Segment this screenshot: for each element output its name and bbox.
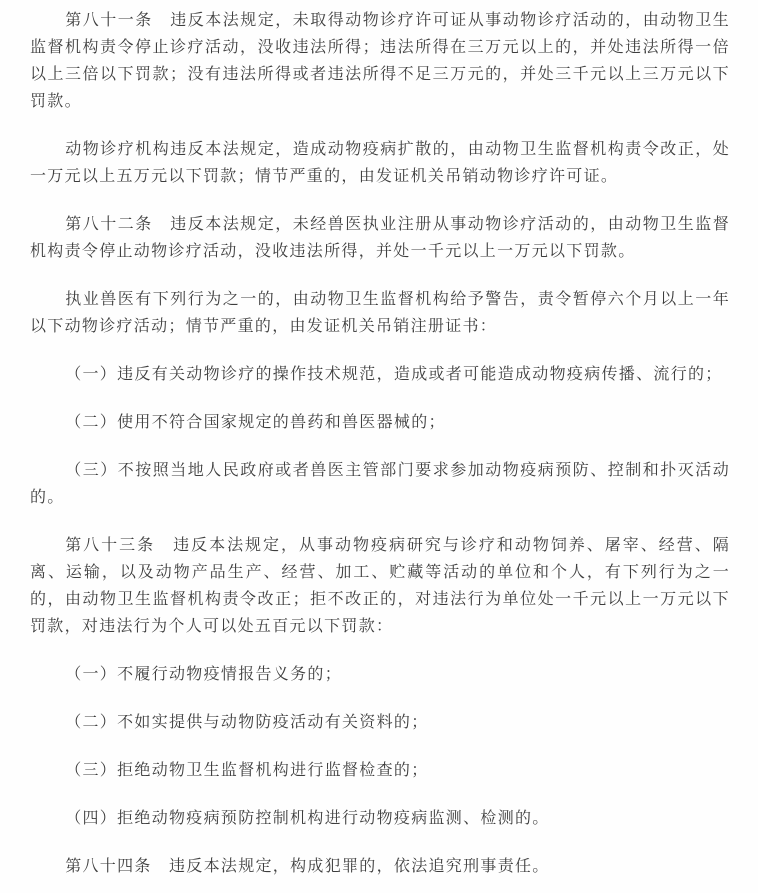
paragraph-article-84: 第八十四条 违反本法规定，构成犯罪的，依法追究刑事责任。 xyxy=(30,852,730,879)
paragraph-article-82-item-3: （三）不按照当地人民政府或者兽医主管部门要求参加动物疫病预防、控制和扑灭活动的。 xyxy=(30,456,730,510)
paragraph-article-82-item-1: （一）违反有关动物诊疗的操作技术规范，造成或者可能造成动物疫病传播、流行的； xyxy=(30,360,730,387)
paragraph-article-83: 第八十三条 违反本法规定，从事动物疫病研究与诊疗和动物饲养、屠宰、经营、隔离、运… xyxy=(30,531,730,639)
paragraph-article-83-item-2: （二）不如实提供与动物防疫活动有关资料的； xyxy=(30,708,730,735)
paragraph-article-81-clause-2: 动物诊疗机构违反本法规定，造成动物疫病扩散的，由动物卫生监督机构责令改正，处一万… xyxy=(30,135,730,189)
paragraph-article-82: 第八十二条 违反本法规定，未经兽医执业注册从事动物诊疗活动的，由动物卫生监督机构… xyxy=(30,210,730,264)
paragraph-article-83-item-3: （三）拒绝动物卫生监督机构进行监督检查的； xyxy=(30,756,730,783)
document-content: 第八十一条 违反本法规定，未取得动物诊疗许可证从事动物诊疗活动的，由动物卫生监督… xyxy=(30,6,730,879)
paragraph-article-82-item-2: （二）使用不符合国家规定的兽药和兽医器械的； xyxy=(30,408,730,435)
paragraph-article-82-clause-2: 执业兽医有下列行为之一的，由动物卫生监督机构给予警告，责令暂停六个月以上一年以下… xyxy=(30,285,730,339)
paragraph-article-83-item-1: （一）不履行动物疫情报告义务的； xyxy=(30,660,730,687)
document-page: 第八十一条 违反本法规定，未取得动物诊疗许可证从事动物诊疗活动的，由动物卫生监督… xyxy=(0,0,758,893)
paragraph-article-81: 第八十一条 违反本法规定，未取得动物诊疗许可证从事动物诊疗活动的，由动物卫生监督… xyxy=(30,6,730,114)
paragraph-article-83-item-4: （四）拒绝动物疫病预防控制机构进行动物疫病监测、检测的。 xyxy=(30,804,730,831)
